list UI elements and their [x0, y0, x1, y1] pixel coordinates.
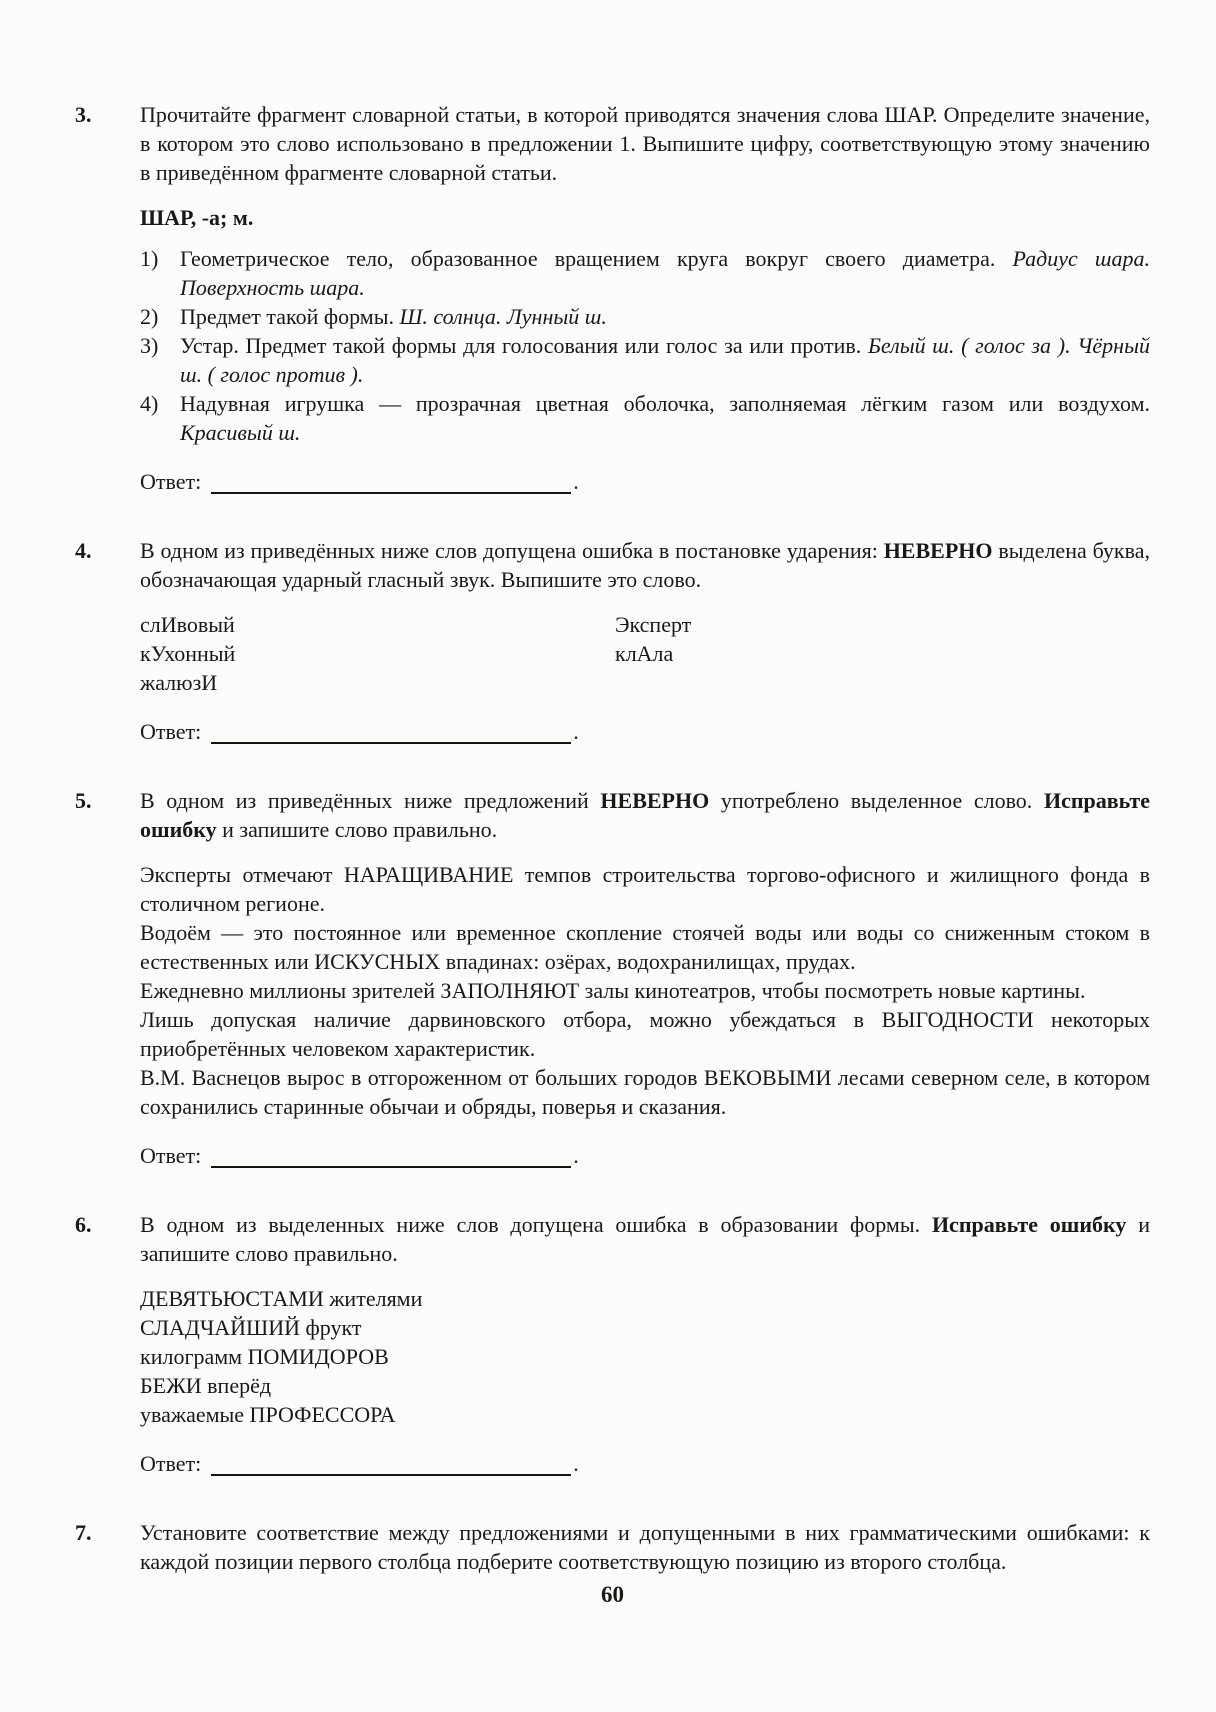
word-item: БЕЖИ вперёд: [140, 1371, 1150, 1400]
word-column-left: слИвовыйкУхонныйжалюзИ: [140, 610, 615, 697]
answer-label: Ответ:: [140, 1141, 201, 1170]
page-number: 60: [75, 1580, 1150, 1609]
word-item: килограмм ПОМИДОРОВ: [140, 1342, 1150, 1371]
text-segment: Устар. Предмет такой формы для голосован…: [180, 333, 868, 358]
entry-text: Предмет такой формы. Ш. солнца. Лунный ш…: [180, 302, 1150, 331]
text-segment: Надувная игрушка — прозрачная цветная об…: [180, 391, 1150, 416]
answer-row: Ответ:.: [140, 1141, 1150, 1170]
text-segment: употреблено выделенное слово.: [709, 788, 1044, 813]
sentence: Ежедневно миллионы зрителей ЗАПОЛНЯЮТ за…: [140, 976, 1150, 1005]
task-paragraph: В одном из приведённых ниже предложений …: [140, 786, 1150, 844]
task-number: 4.: [75, 536, 140, 746]
answer-blank: [211, 1150, 571, 1168]
task-body: В одном из выделенных ниже слов допущена…: [140, 1210, 1150, 1478]
entry-text: Устар. Предмет такой формы для голосован…: [180, 331, 1150, 389]
scanned-exam-page: 3.Прочитайте фрагмент словарной статьи, …: [0, 0, 1216, 1712]
tasks-list: 3.Прочитайте фрагмент словарной статьи, …: [75, 100, 1150, 1588]
text-segment: Геометрическое тело, образованное вращен…: [180, 246, 1012, 271]
answer-row: Ответ:.: [140, 467, 1150, 496]
dictionary-entry: 4)Надувная игрушка — прозрачная цветная …: [140, 389, 1150, 447]
dictionary-entry: 1)Геометрическое тело, образованное вращ…: [140, 244, 1150, 302]
task-paragraph: В одном из выделенных ниже слов допущена…: [140, 1210, 1150, 1268]
task-number: 7.: [75, 1518, 140, 1588]
dictionary-entries: 1)Геометрическое тело, образованное вращ…: [140, 244, 1150, 447]
task-paragraph: Установите соответствие между предложени…: [140, 1518, 1150, 1576]
text-segment: В одном из выделенных ниже слов допущена…: [140, 1212, 932, 1237]
word-item: ДЕВЯТЬЮСТАМИ жителями: [140, 1284, 1150, 1313]
word-columns: слИвовыйкУхонныйжалюзИЭкспертклАла: [140, 610, 1150, 697]
task-6: 6.В одном из выделенных ниже слов допуще…: [75, 1210, 1150, 1478]
answer-label: Ответ:: [140, 717, 201, 746]
task-number: 6.: [75, 1210, 140, 1478]
task-3: 3.Прочитайте фрагмент словарной статьи, …: [75, 100, 1150, 496]
answer-label: Ответ:: [140, 467, 201, 496]
task-body: Установите соответствие между предложени…: [140, 1518, 1150, 1588]
answer-blank: [211, 476, 571, 494]
dictionary-entry: 2)Предмет такой формы. Ш. солнца. Лунный…: [140, 302, 1150, 331]
answer-row: Ответ:.: [140, 717, 1150, 746]
answer-row: Ответ:.: [140, 1449, 1150, 1478]
word-item: кУхонный: [140, 639, 615, 668]
task-number: 5.: [75, 786, 140, 1170]
sentence: Эксперты отмечают НАРАЩИВАНИЕ темпов стр…: [140, 860, 1150, 918]
dictionary-entry: 3)Устар. Предмет такой формы для голосов…: [140, 331, 1150, 389]
sentence-list: Эксперты отмечают НАРАЩИВАНИЕ темпов стр…: [140, 860, 1150, 1121]
answer-blank: [211, 726, 571, 744]
task-body: Прочитайте фрагмент словарной статьи, в …: [140, 100, 1150, 496]
task-paragraph: Прочитайте фрагмент словарной статьи, в …: [140, 100, 1150, 187]
word-item: слИвовый: [140, 610, 615, 639]
task-number: 3.: [75, 100, 140, 496]
task-4: 4.В одном из приведённых ниже слов допущ…: [75, 536, 1150, 746]
task-5: 5.В одном из приведённых ниже предложени…: [75, 786, 1150, 1170]
text-segment: Предмет такой формы.: [180, 304, 399, 329]
word-item: уважаемые ПРОФЕССОРА: [140, 1400, 1150, 1429]
text-segment: Ш. солнца. Лунный ш.: [399, 304, 606, 329]
text-segment: Исправьте ошибку: [932, 1212, 1126, 1237]
entry-text: Геометрическое тело, образованное вращен…: [180, 244, 1150, 302]
word-item: СЛАДЧАЙШИЙ фрукт: [140, 1313, 1150, 1342]
word-column-right: ЭкспертклАла: [615, 610, 1150, 697]
text-segment: НЕВЕРНО: [884, 538, 993, 563]
sentence: Лишь допуская наличие дарвиновского отбо…: [140, 1005, 1150, 1063]
word-lines: ДЕВЯТЬЮСТАМИ жителямиСЛАДЧАЙШИЙ фрукткил…: [140, 1284, 1150, 1429]
text-segment: НЕВЕРНО: [600, 788, 709, 813]
text-segment: В одном из приведённых ниже предложений: [140, 788, 600, 813]
answer-period: .: [573, 719, 579, 744]
word-item: жалюзИ: [140, 668, 615, 697]
entry-number: 2): [140, 302, 180, 331]
text-segment: Прочитайте фрагмент словарной статьи, в …: [140, 102, 1150, 185]
text-segment: В одном из приведённых ниже слов допущен…: [140, 538, 884, 563]
entry-number: 1): [140, 244, 180, 302]
task-body: В одном из приведённых ниже слов допущен…: [140, 536, 1150, 746]
answer-period: .: [573, 1143, 579, 1168]
word-item: клАла: [615, 639, 1150, 668]
text-segment: Установите соответствие между предложени…: [140, 1520, 1150, 1574]
answer-period: .: [573, 1451, 579, 1476]
text-segment: ШАР, -а; м.: [140, 205, 253, 230]
answer-label: Ответ:: [140, 1449, 201, 1478]
task-body: В одном из приведённых ниже предложений …: [140, 786, 1150, 1170]
sentence: Водоём — это постоянное или временное ск…: [140, 918, 1150, 976]
answer-blank: [211, 1458, 571, 1476]
sentence: В.М. Васнецов вырос в отгороженном от бо…: [140, 1063, 1150, 1121]
task-7: 7.Установите соответствие между предложе…: [75, 1518, 1150, 1588]
text-segment: Красивый ш.: [180, 420, 300, 445]
text-segment: и запишите слово правильно.: [217, 817, 498, 842]
answer-period: .: [573, 469, 579, 494]
entry-text: Надувная игрушка — прозрачная цветная об…: [180, 389, 1150, 447]
dictionary-headword: ШАР, -а; м.: [140, 203, 1150, 232]
task-paragraph: В одном из приведённых ниже слов допущен…: [140, 536, 1150, 594]
word-item: Эксперт: [615, 610, 1150, 639]
entry-number: 4): [140, 389, 180, 447]
entry-number: 3): [140, 331, 180, 389]
